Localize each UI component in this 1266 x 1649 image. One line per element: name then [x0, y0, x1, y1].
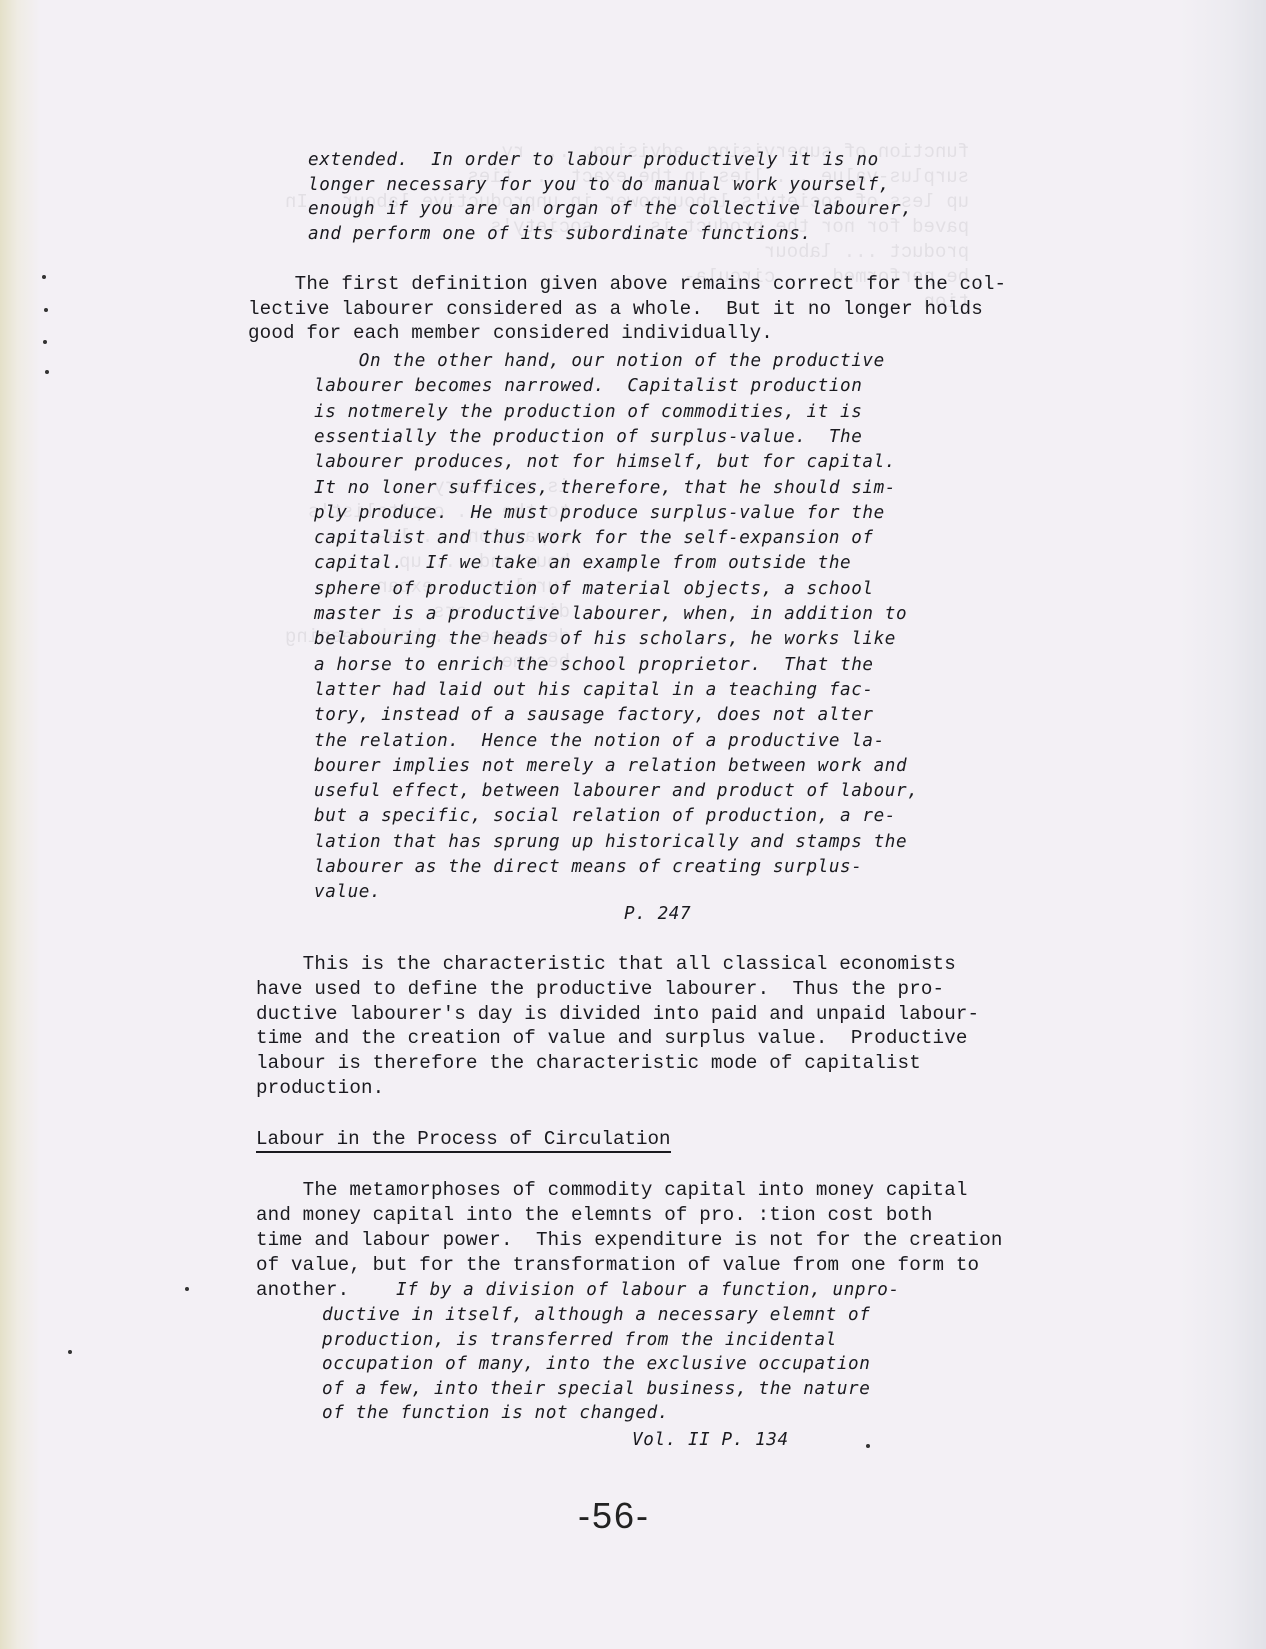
scan-speck [185, 1287, 189, 1291]
paragraph2-line: This is the characteristic that all clas… [256, 952, 956, 977]
scanned-page: function of supervising, advising, ... r… [0, 0, 1266, 1649]
quote1-line: extended. In order to labour productivel… [308, 148, 879, 173]
quote2-line: On the other hand, our notion of the pro… [314, 349, 885, 374]
paragraph2-line: labour is therefore the characteristic m… [256, 1051, 921, 1076]
quote2-line: but a specific, social relation of produ… [314, 804, 896, 829]
quote3-line: occupation of many, into the exclusive o… [322, 1352, 870, 1377]
quote2-line: master is a productive labourer, when, i… [314, 602, 907, 627]
quote2-line: lation that has sprung up historically a… [314, 830, 907, 855]
quote2-line: ply produce. He must produce surplus-val… [314, 501, 885, 526]
paragraph1-line: lective labourer considered as a whole. … [248, 297, 983, 322]
quote3-line: of the function is not changed. [322, 1401, 669, 1426]
scan-speck [43, 340, 47, 344]
paragraph1-line: The first definition given above remains… [248, 272, 1006, 297]
page-number: -56- [578, 1495, 650, 1537]
quote2-line: capital. If we take an example from outs… [314, 551, 851, 576]
quote1-line: and perform one of its subordinate funct… [308, 222, 812, 247]
quote3-line: production, is transferred from the inci… [322, 1328, 837, 1353]
paragraph3-line: of value, but for the transformation of … [256, 1253, 979, 1278]
quote1-line: enough if you are an organ of the collec… [308, 197, 912, 222]
scan-speck [44, 308, 48, 312]
paragraph3-line: and money capital into the elemnts of pr… [256, 1203, 933, 1228]
paragraph2-line: ductive labourer's day is divided into p… [256, 1002, 979, 1027]
quote2-line: essentially the production of surplus-va… [314, 425, 862, 450]
quote2-line: labourer produces, not for himself, but … [314, 450, 896, 475]
quote2-line: capitalist and thus work for the self-ex… [314, 526, 874, 551]
scan-speck [45, 370, 49, 374]
quote2-line: a horse to enrich the school proprietor.… [314, 653, 874, 678]
quote2-line: tory, instead of a sausage factory, does… [314, 703, 874, 728]
quote2-line: is notmerely the production of commoditi… [314, 400, 862, 425]
scan-speck [42, 275, 46, 279]
quote3-line: ductive in itself, although a necessary … [322, 1303, 870, 1328]
quote1-line: longer necessary for you to do manual wo… [308, 173, 890, 198]
quote2-line: value. [314, 880, 381, 905]
scan-speck [866, 1444, 870, 1448]
quote2-line: sphere of production of material objects… [314, 577, 874, 602]
scan-speck [68, 1350, 72, 1354]
paragraph3-line: The metamorphoses of commodity capital i… [256, 1178, 968, 1203]
quote2-line: useful effect, between labourer and prod… [314, 779, 918, 804]
quote2-line: labourer as the direct means of creating… [314, 855, 862, 880]
quote2-line: labourer becomes narrowed. Capitalist pr… [314, 374, 862, 399]
quote3-line: of a few, into their special business, t… [322, 1377, 870, 1402]
paragraph3-line: time and labour power. This expenditure … [256, 1228, 1003, 1253]
paragraph1-line: good for each member considered individu… [248, 321, 773, 346]
quote2-line: It no loner suffices, therefore, that he… [314, 476, 896, 501]
quote2-line: the relation. Hence the notion of a prod… [314, 729, 885, 754]
paragraph2-line: time and the creation of value and surpl… [256, 1026, 968, 1051]
paragraph2-line: have used to define the productive labou… [256, 977, 944, 1002]
paragraph3-line: another. [256, 1278, 349, 1303]
quote2-line: bourer implies not merely a relation bet… [314, 754, 907, 779]
quote2-line: belabouring the heads of his scholars, h… [314, 627, 896, 652]
paragraph2-line: production. [256, 1076, 384, 1101]
citation-p247: P. 247 [624, 902, 691, 927]
quote3-first-line: If by a division of labour a function, u… [396, 1278, 900, 1303]
section-heading: Labour in the Process of Circulation [256, 1128, 671, 1153]
citation-vol2: Vol. II P. 134 [632, 1428, 789, 1453]
quote2-line: latter had laid out his capital in a tea… [314, 678, 874, 703]
